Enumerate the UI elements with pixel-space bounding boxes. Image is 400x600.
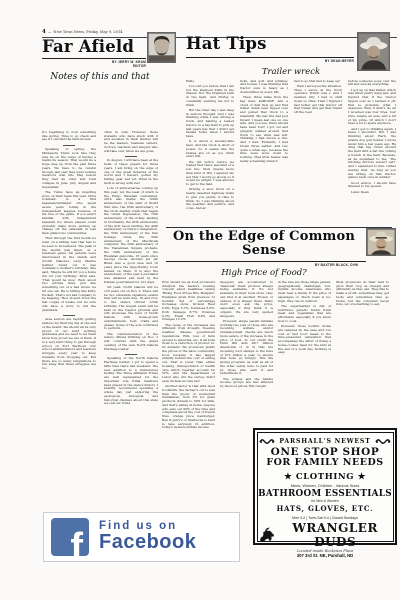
ad-hours: Mon 9-2 | Tues-Sat 9-4 | Closed Sundays <box>258 516 393 520</box>
ad-for-family-needs: FOR FAMILY NEEDS <box>258 458 393 468</box>
far-afield-byline: BY JERRY W. KRAM EDITOR <box>42 60 146 68</box>
folio-dash: — <box>48 30 52 34</box>
newspaper-page: 4 — New Town News, Friday, May 9, 2014 F… <box>0 0 400 600</box>
ad-one-stop-shop: ONE STOP SHOP <box>258 447 393 458</box>
ad-hats-gloves: HATS, GLOVES, ETC. <box>258 504 393 513</box>
find-us-on-facebook-banner: f Find us on Facebook <box>43 512 240 562</box>
scroll-flourish-right-icon <box>375 437 391 446</box>
common-sense-headline: On the Edge of Common Sense <box>162 230 396 259</box>
common-sense-column-1: How should we as food producers interpre… <box>162 281 215 509</box>
hat-tips-column-1: Hello,I've told you before that I am not… <box>186 80 234 216</box>
bucking-bronco-icon <box>258 526 275 543</box>
wrangler-duds-ad: PARSHALL'S NEWEST ONE STOP SHOP FOR FAMI… <box>253 428 397 545</box>
facebook-logo-icon: f <box>51 518 89 556</box>
common-sense-subtitle: High Price of Food? <box>162 268 396 278</box>
ad-clothing-sub: Mens, Women, Children - Various Sizes <box>258 483 393 488</box>
article-far-afield: Far Afield BY JERRY W. KRAM EDITOR Notes… <box>42 39 158 506</box>
hat-tips-byline: BY DEAN MEYER <box>186 59 354 63</box>
baxter-black-portrait-icon <box>367 229 395 255</box>
common-sense-column-4: Most producers do their best to grow the… <box>336 281 389 429</box>
common-sense-rule <box>166 261 366 262</box>
facebook-banner-text: Find us on Facebook <box>99 520 196 554</box>
far-afield-column-1: It's beginning to look something like sp… <box>42 131 96 551</box>
ad-bathroom-sub: for Men & Women <box>258 499 393 503</box>
facebook-wordmark: Facebook <box>99 531 196 554</box>
scroll-flourish-left-icon <box>259 437 275 446</box>
page-number: 4 <box>42 29 46 35</box>
far-afield-headline: Far Afield <box>42 39 158 56</box>
hat-tips-rule <box>186 57 354 58</box>
far-afield-body: It's beginning to look something like sp… <box>42 131 158 551</box>
masthead-date: New Town News, Friday, May 9, 2014 <box>53 30 122 34</box>
common-sense-byline: BY BAXTER BLACK, DVM <box>162 263 396 267</box>
jerry-kram-photo <box>147 32 176 63</box>
hat-tips-column-4: before someone pops over the hill and wr… <box>348 80 396 216</box>
jerry-kram-portrait-icon <box>148 33 175 62</box>
dean-meyer-photo <box>357 32 390 71</box>
baxter-black-photo <box>366 228 396 256</box>
ad-bathroom-essentials: BATHROOM ESSENTIALS <box>258 489 393 499</box>
facebook-f-letter: f <box>70 528 83 556</box>
ad-parshall-newest: PARSHALL'S NEWEST <box>279 438 370 445</box>
article-hat-tips: Hat Tips BY DEAN MEYER Trailer wreck Hel… <box>186 36 396 216</box>
far-afield-subtitle: Notes of this and that <box>42 72 158 82</box>
common-sense-top-rule <box>166 227 392 228</box>
far-afield-rule <box>42 58 146 59</box>
far-afield-byline-role: EDITOR <box>133 64 146 68</box>
wrangler-duds-ad-inner: PARSHALL'S NEWEST ONE STOP SHOP FOR FAMI… <box>257 432 394 542</box>
hat-tips-column-3: had to go that fast to keep up!Well I su… <box>294 80 342 216</box>
dean-meyer-portrait-icon <box>358 33 389 70</box>
ad-address: 307 3rd St. NE, Parshall, ND <box>258 553 393 558</box>
hat-tips-column-2: ticks. And golf. And whiskey. And horses… <box>240 80 288 216</box>
ad-clothing: ★ CLOTHING ★ <box>258 472 393 482</box>
far-afield-column-2: often in vain. However, those students w… <box>104 131 158 551</box>
hat-tips-body: Hello,I've told you before that I am not… <box>186 80 396 216</box>
ad-store-name: WRANGLER DUDS <box>278 521 393 549</box>
